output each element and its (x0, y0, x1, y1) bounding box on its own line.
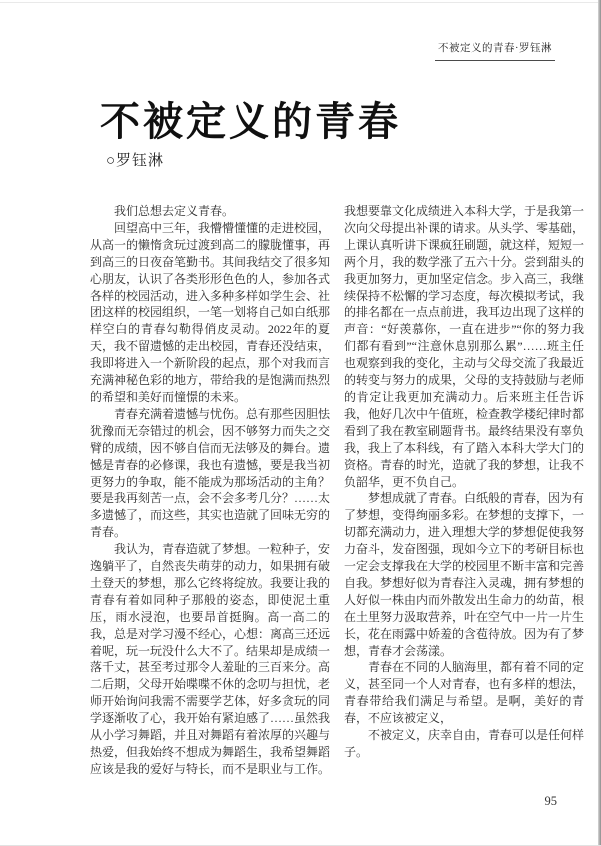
paragraph-dream-fulfills-youth: 梦想成就了青春。白纸般的青春，因为有了梦想，变得绚丽多彩。在梦想的支撑下，一切都… (344, 490, 584, 659)
paragraph-regrets: 青春充满着遗憾与忧伤。总有那些因胆怯犹豫而无奈错过的机会，因不够努力而失之交臂的… (90, 406, 330, 541)
paragraph-dreams: 我认为，青春造就了梦想。一粒种子，安逸躺平了，自然丧失萌芽的动力，如果拥有破土登… (90, 541, 330, 778)
running-header: 不被定义的青春·罗钰淋 (435, 40, 555, 61)
right-column: 我想要靠文化成绩进入本科大学，于是我第一次向父母提出补课的请求。从头学、零基础，… (344, 203, 584, 778)
article-title: 不被定义的青春 (100, 90, 401, 147)
article-author: ○罗钰淋 (106, 149, 164, 170)
paragraph-intro: 我们总想去定义青春。 (90, 203, 330, 220)
paragraph-highschool-recall: 回望高中三年，我懵懵懂懂的走进校园，从高一的懒惰贪玩过渡到高二的朦胧懂事，再到高… (90, 220, 330, 406)
page-top-edge (0, 2, 601, 3)
left-column: 我们总想去定义青春。 回望高中三年，我懵懵懂懂的走进校园，从高一的懒惰贪玩过渡到… (90, 203, 330, 778)
article-body: 我们总想去定义青春。 回望高中三年，我懵懵懂懂的走进校园，从高一的懒惰贪玩过渡到… (90, 203, 583, 778)
document-page: 不被定义的青春·罗钰淋 不被定义的青春 ○罗钰淋 我们总想去定义青春。 回望高中… (0, 0, 601, 846)
paragraph-dreams-continued: 我想要靠文化成绩进入本科大学，于是我第一次向父母提出补课的请求。从头学、零基础，… (344, 203, 584, 490)
page-number: 95 (545, 794, 558, 809)
paragraph-conclusion: 不被定义，庆幸自由，青春可以是任何样子。 (344, 727, 584, 761)
paragraph-definitions: 青春在不同的人脑海里，都有着不同的定义，甚至同一个人对青春，也有多样的想法，青春… (344, 659, 584, 727)
